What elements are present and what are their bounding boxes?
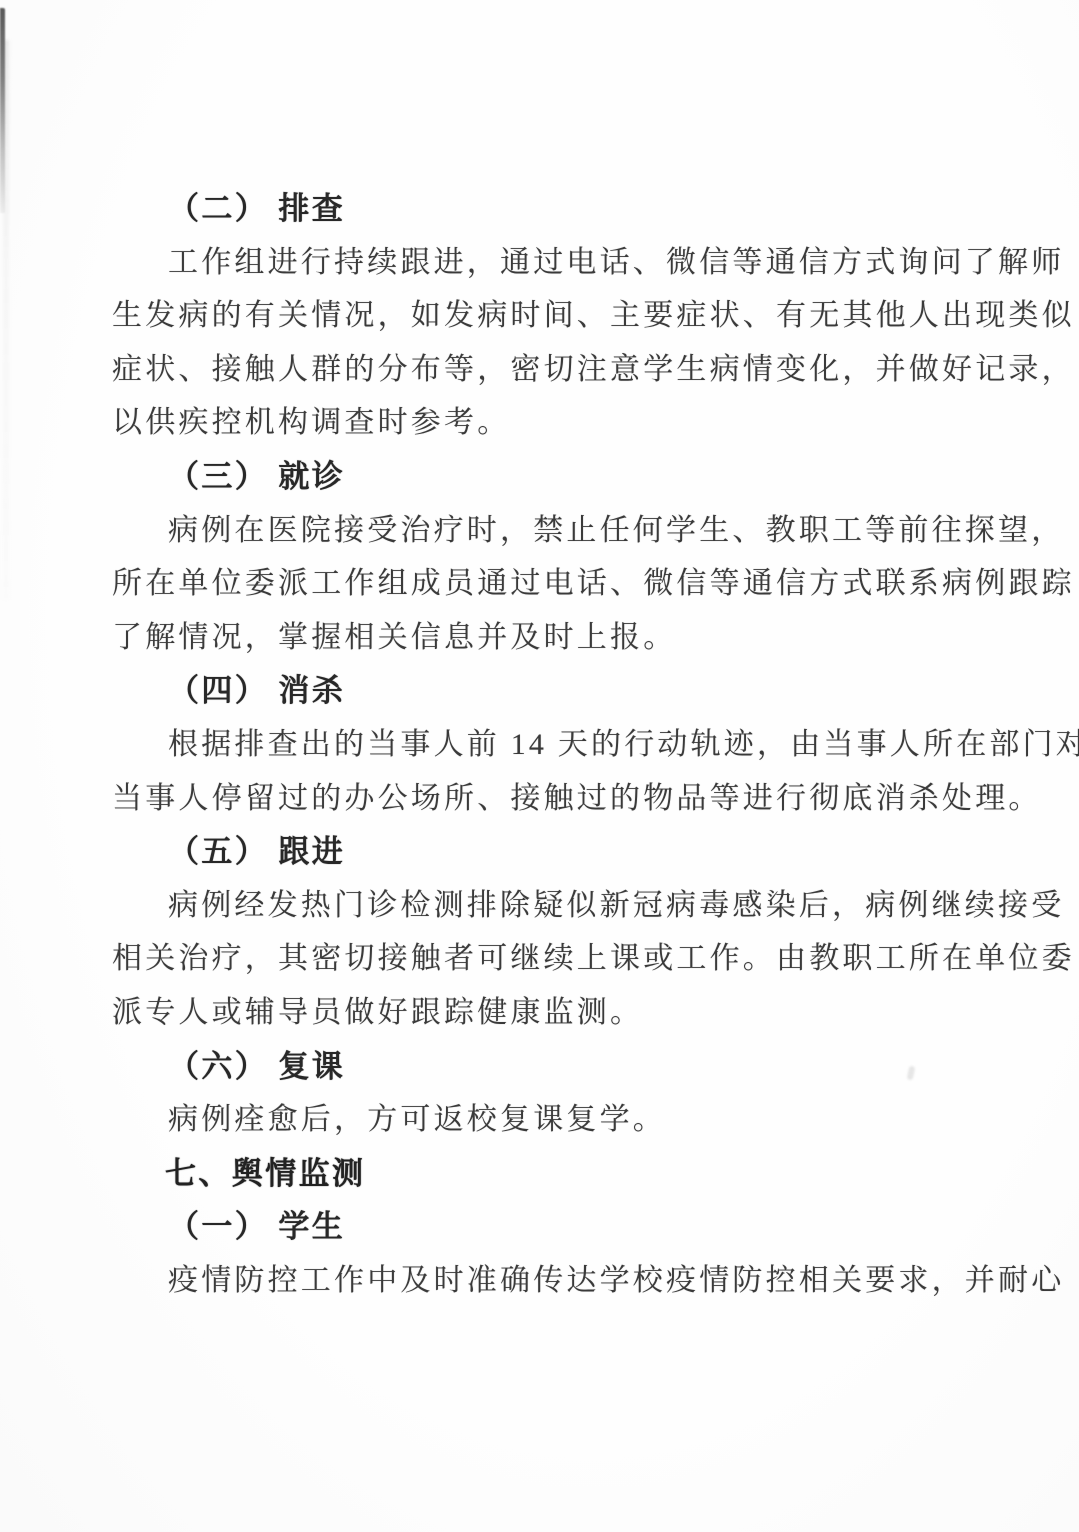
document-body-line: 所在单位委派工作组成员通过电话、微信等通信方式联系病例跟踪: [112, 557, 1012, 611]
scanned-document-page: （二） 排查工作组进行持续跟进，通过电话、微信等通信方式询问了解师生发病的有关情…: [0, 0, 1079, 1532]
document-body-line: 以供疾控机构调查时参考。: [112, 396, 1012, 450]
document-heading-line: （二） 排查: [112, 182, 1012, 236]
scan-artifact-left-streak: [0, 8, 5, 213]
document-body-line: 症状、接触人群的分布等，密切注意学生病情变化，并做好记录，: [112, 343, 1012, 397]
document-body-line: 工作组进行持续跟进，通过电话、微信等通信方式询问了解师: [112, 236, 1012, 290]
document-body-line: 病例在医院接受治疗时，禁止任何学生、教职工等前往探望，: [112, 504, 1012, 558]
document-body-line: 派专人或辅导员做好跟踪健康监测。: [112, 986, 1012, 1040]
document-body-line: 病例痊愈后，方可返校复课复学。: [112, 1093, 1012, 1147]
document-body-line: 了解情况，掌握相关信息并及时上报。: [112, 611, 1012, 665]
document-body-line: 生发病的有关情况，如发病时间、主要症状、有无其他人出现类似: [112, 289, 1012, 343]
document-body-line: 病例经发热门诊检测排除疑似新冠病毒感染后，病例继续接受: [112, 879, 1012, 933]
document-body-line: 疫情防控工作中及时准确传达学校疫情防控相关要求，并耐心: [112, 1254, 1012, 1308]
document-heading-line: （四） 消杀: [112, 664, 1012, 718]
document-text-block: （二） 排查工作组进行持续跟进，通过电话、微信等通信方式询问了解师生发病的有关情…: [112, 182, 1012, 1307]
document-heading-line: （三） 就诊: [112, 450, 1012, 504]
document-heading-line: （五） 跟进: [112, 825, 1012, 879]
document-heading-line: （一） 学生: [112, 1200, 1012, 1254]
document-heading-line: 七、舆情监测: [112, 1147, 1012, 1201]
document-body-line: 当事人停留过的办公场所、接触过的物品等进行彻底消杀处理。: [112, 772, 1012, 826]
document-heading-line: （六） 复课: [112, 1040, 1012, 1094]
document-body-line: 相关治疗，其密切接触者可继续上课或工作。由教职工所在单位委: [112, 932, 1012, 986]
document-body-line: 根据排查出的当事人前 14 天的行动轨迹，由当事人所在部门对: [112, 718, 1012, 772]
